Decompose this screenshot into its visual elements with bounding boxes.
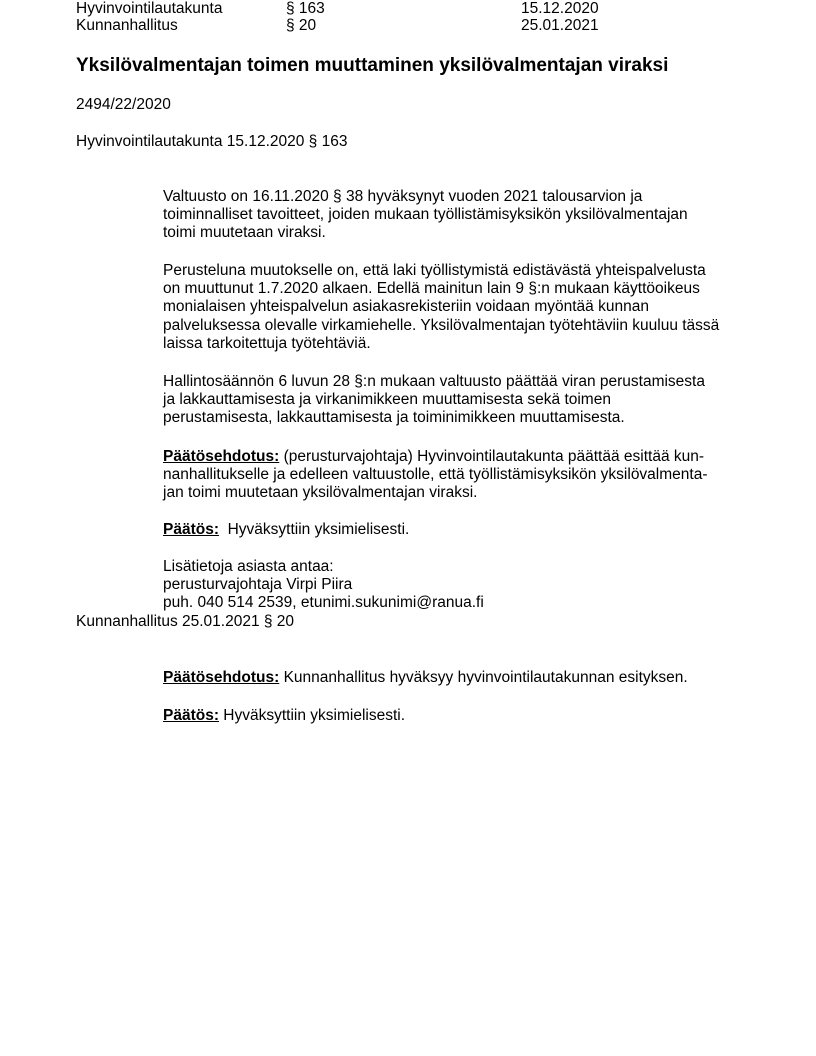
decision-text: Hyväksyttiin yksimielisesti. [219, 707, 405, 724]
meeting2-proposal: Päätösehdotus: Kunnanhallitus hyväksyy h… [163, 669, 753, 687]
text-line: perustamisesta, lakkauttamisesta ja toim… [163, 409, 753, 427]
meeting1-decision: Päätös: Hyväksyttiin yksimielisesti. [163, 521, 753, 539]
header-date-1: 15.12.2020 [521, 0, 599, 18]
paragraph-3: Hallintosäännön 6 luvun 28 §:n mukaan va… [163, 373, 753, 428]
proposal-label: Päätösehdotus: [163, 448, 279, 465]
contact-details: puh. 040 514 2539, etunimi.sukunimi@ranu… [163, 594, 753, 612]
decision-text: Hyväksyttiin yksimielisesti. [219, 521, 409, 538]
text-line: toimi muutetaan viraksi. [163, 224, 753, 242]
paragraph-1: Valtuusto on 16.11.2020 § 38 hyväksynyt … [163, 188, 753, 243]
text-line: Valtuusto on 16.11.2020 § 38 hyväksynyt … [163, 188, 753, 206]
text-line: ja lakkauttamisesta ja virkanimikkeen mu… [163, 391, 753, 409]
meeting2-heading: Kunnanhallitus 25.01.2021 § 20 [76, 613, 294, 631]
text-line: (perusturvajohtaja) Hyvinvointilautakunt… [279, 448, 704, 465]
decision-label: Päätös: [163, 707, 219, 724]
header-body-2: Kunnanhallitus [76, 17, 178, 35]
meeting2-decision: Päätös: Hyväksyttiin yksimielisesti. [163, 707, 753, 725]
proposal-label: Päätösehdotus: [163, 669, 279, 686]
text-line: Hallintosäännön 6 luvun 28 §:n mukaan va… [163, 373, 753, 391]
text-line: Perusteluna muutokselle on, että laki ty… [163, 262, 753, 280]
meeting1-heading: Hyvinvointilautakunta 15.12.2020 § 163 [76, 133, 347, 151]
header-section-2: § 20 [286, 17, 316, 35]
text-line: monialaisen yhteispalvelun asiakasrekist… [163, 298, 753, 316]
header-section-1: § 163 [286, 0, 325, 18]
contact-intro: Lisätietoja asiasta antaa: [163, 558, 753, 576]
document-title: Yksilövalmentajan toimen muuttaminen yks… [76, 55, 668, 77]
header-body-1: Hyvinvointilautakunta [76, 0, 222, 18]
text-line: toiminnalliset tavoitteet, joiden mukaan… [163, 206, 753, 224]
meeting1-proposal: Päätösehdotus: (perusturvajohtaja) Hyvin… [163, 448, 753, 503]
text-line: on muuttunut 1.7.2020 alkaen. Edellä mai… [163, 280, 753, 298]
text-line: nanhallitukselle ja edelleen valtuustoll… [163, 466, 753, 484]
text-line: palveluksessa olevalle virkamiehelle. Yk… [163, 317, 753, 335]
record-number: 2494/22/2020 [76, 96, 171, 114]
text-line: laissa tarkoitettuja työtehtäviä. [163, 335, 753, 353]
header-date-2: 25.01.2021 [521, 17, 599, 35]
proposal-text: Kunnanhallitus hyväksyy hyvinvointilauta… [279, 669, 687, 686]
decision-label: Päätös: [163, 521, 219, 538]
paragraph-2: Perusteluna muutokselle on, että laki ty… [163, 262, 753, 353]
contact-info: Lisätietoja asiasta antaa: perusturvajoh… [163, 558, 753, 613]
contact-person: perusturvajohtaja Virpi Piira [163, 576, 753, 594]
text-line: jan toimi muutetaan yksilövalmentajan vi… [163, 484, 753, 502]
